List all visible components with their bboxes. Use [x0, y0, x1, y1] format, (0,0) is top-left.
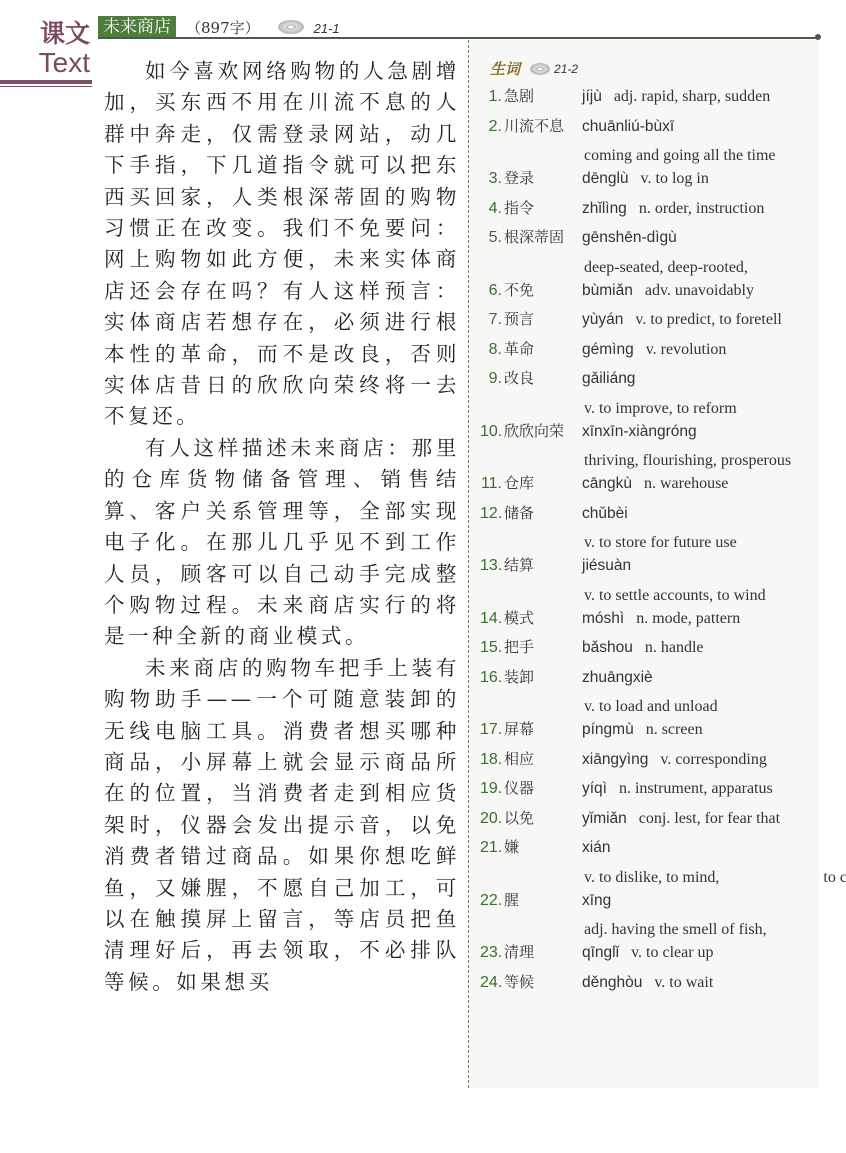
section-decoration [0, 80, 92, 87]
vocab-entry: 21.嫌xiánv. to dislike, to mind,to compla… [480, 836, 820, 889]
vocab-number: 19. [480, 780, 502, 798]
vocab-pinyin: gǎiliáng [582, 370, 635, 388]
vocab-hanzi: 屏幕 [502, 718, 582, 739]
vocab-definition: n. handle [645, 639, 704, 657]
vocab-header: 生词 21-2 [490, 58, 578, 79]
paragraph: 有人这样描述未来商店：那里的仓库货物储备管理、销售结算、客户关系管理等，全部实现… [104, 433, 460, 653]
vocab-hanzi: 指令 [502, 197, 582, 218]
vocab-definition: n. screen [646, 721, 703, 739]
vocab-number: 22. [480, 892, 502, 910]
vocab-hanzi: 仓库 [502, 472, 582, 493]
vocab-definition: n. mode, pattern [636, 610, 740, 628]
vocab-number: 24. [480, 974, 502, 992]
vocab-number: 12. [480, 505, 502, 523]
vocab-entry: 5.根深蒂固gēnshēn-dìgùdeep-seated, deep-root… [480, 226, 820, 279]
audio-disc-icon[interactable] [530, 63, 550, 75]
char-count: （897字） [186, 17, 260, 39]
vocab-entry: 20.以免yǐmiǎnconj. lest, for fear that [480, 807, 820, 837]
vocab-entry: 9.改良gǎiliángv. to improve, to reform [480, 367, 820, 420]
vocab-entry: 23.清理qīnglǐv. to clear up [480, 941, 820, 971]
vocab-entry: 24.等候děnghòuv. to wait [480, 971, 820, 1001]
vocab-pinyin: bùmiǎn [582, 282, 633, 300]
vocab-list: 1.急剧jíjùadj. rapid, sharp, sudden2.川流不息c… [480, 85, 820, 1000]
vocab-hanzi: 登录 [502, 167, 582, 188]
lesson-title: 未来商店 [98, 16, 176, 39]
vocab-pinyin: bǎshou [582, 639, 633, 657]
header-rule [98, 37, 818, 39]
vocab-entry: 7.预言yùyánv. to predict, to foretell [480, 308, 820, 338]
vocab-definition: to complain of [719, 869, 846, 886]
vocab-pinyin: qīnglǐ [582, 944, 619, 962]
vocab-definition: v. to dislike, to mind, [480, 869, 719, 886]
vocab-number: 1. [480, 88, 502, 106]
vocab-pinyin: zhuāngxiè [582, 669, 653, 687]
vocab-definition: n. order, instruction [639, 200, 765, 218]
vocab-pinyin: dēnglù [582, 170, 629, 188]
vocab-pinyin: zhǐlìng [582, 200, 627, 218]
vocab-definition: seafood, etc. [767, 921, 846, 938]
vocab-pinyin: yùyán [582, 311, 623, 329]
vocab-entry: 8.革命gémìngv. revolution [480, 338, 820, 368]
column-divider [468, 40, 469, 1088]
vocab-hanzi: 嫌 [502, 836, 582, 857]
vocab-definition: v. to predict, to foretell [635, 311, 781, 329]
vocab-entry: 14.模式móshìn. mode, pattern [480, 607, 820, 637]
vocab-pinyin: cāngkù [582, 475, 632, 493]
vocab-pinyin: jíjù [582, 88, 602, 106]
vocab-number: 21. [480, 839, 502, 857]
vocab-pinyin: xīnxīn-xiàngróng [582, 423, 697, 441]
vocab-pinyin: móshì [582, 610, 624, 628]
vocab-definition: adv. unavoidably [645, 282, 754, 300]
vocab-number: 18. [480, 751, 502, 769]
vocab-pinyin: xīng [582, 892, 611, 910]
vocab-hanzi: 改良 [502, 367, 582, 388]
vocab-hanzi: 根深蒂固 [502, 226, 582, 247]
vocab-definition: v. to improve, to reform [480, 400, 737, 417]
vocab-number: 2. [480, 118, 502, 136]
vocab-hanzi: 急剧 [502, 85, 582, 106]
vocab-pinyin: jiésuàn [582, 557, 631, 575]
audio-disc-icon[interactable] [278, 20, 304, 36]
vocab-number: 10. [480, 423, 502, 441]
section-label-en: Text [39, 47, 90, 79]
vocab-number: 6. [480, 282, 502, 300]
vocab-entry: 2.川流不息chuānliú-bùxīcoming and going all … [480, 115, 820, 168]
vocab-hanzi: 腥 [502, 889, 582, 910]
vocab-number: 14. [480, 610, 502, 628]
vocab-definition: v. to log in [641, 170, 709, 188]
vocab-definition: up an account [766, 587, 846, 604]
vocab-definition: v. to store for future use [480, 534, 737, 551]
paragraph: 如今喜欢网络购物的人急剧增加，买东西不用在川流不息的人群中奔走，仅需登录网站，动… [104, 56, 460, 433]
vocab-definition: ingrained [748, 259, 846, 276]
vocab-entry: 15.把手bǎshoun. handle [480, 636, 820, 666]
audio-track-label: 21-2 [554, 59, 578, 79]
vocab-pinyin: xiāngyìng [582, 751, 648, 769]
vocab-pinyin: yíqì [582, 780, 607, 798]
vocab-definition: n. warehouse [644, 475, 728, 493]
vocab-definition: v. corresponding [660, 751, 767, 769]
vocab-pinyin: xián [582, 839, 610, 857]
lesson-text: 如今喜欢网络购物的人急剧增加，买东西不用在川流不息的人群中奔走，仅需登录网站，动… [104, 56, 460, 998]
vocab-entry: 1.急剧jíjùadj. rapid, sharp, sudden [480, 85, 820, 115]
vocab-number: 13. [480, 557, 502, 575]
vocab-pinyin: děnghòu [582, 974, 642, 992]
vocab-entry: 17.屏幕píngmùn. screen [480, 718, 820, 748]
vocab-number: 5. [480, 229, 502, 247]
vocab-pinyin: píngmù [582, 721, 634, 739]
vocab-number: 15. [480, 639, 502, 657]
vocab-entry: 10.欣欣向荣xīnxīn-xiàngróngthriving, flouris… [480, 420, 820, 473]
vocab-pinyin: chǔbèi [582, 505, 628, 523]
vocab-entry: 3.登录dēnglùv. to log in [480, 167, 820, 197]
vocab-number: 20. [480, 810, 502, 828]
vocab-pinyin: gémìng [582, 341, 634, 359]
lesson-title-row: 未来商店 （897字） 21-1 [98, 16, 340, 39]
vocab-hanzi: 结算 [502, 554, 582, 575]
vocab-number: 23. [480, 944, 502, 962]
vocab-number: 4. [480, 200, 502, 218]
vocab-entry: 22.腥xīngadj. having the smell of fish,se… [480, 889, 820, 942]
vocab-pinyin: gēnshēn-dìgù [582, 229, 677, 247]
audio-track-label: 21-1 [314, 19, 340, 39]
vocab-definition: v. revolution [646, 341, 727, 359]
vocab-title: 生词 [490, 58, 520, 79]
vocab-entry: 6.不免bùmiǎnadv. unavoidably [480, 279, 820, 309]
vocab-definition: v. to settle accounts, to wind [480, 587, 766, 604]
vocab-number: 3. [480, 170, 502, 188]
vocab-number: 11. [480, 475, 502, 493]
vocab-entry: 12.储备chǔbèiv. to store for future use [480, 502, 820, 555]
vocab-hanzi: 等候 [502, 971, 582, 992]
vocab-entry: 11.仓库cāngkùn. warehouse [480, 472, 820, 502]
vocab-definition: v. to wait [654, 974, 713, 992]
vocab-hanzi: 不免 [502, 279, 582, 300]
vocab-entry: 13.结算jiésuànv. to settle accounts, to wi… [480, 554, 820, 607]
vocab-hanzi: 模式 [502, 607, 582, 628]
vocab-hanzi: 储备 [502, 502, 582, 523]
vocab-number: 9. [480, 370, 502, 388]
vocab-hanzi: 仪器 [502, 777, 582, 798]
vocab-hanzi: 革命 [502, 338, 582, 359]
vocab-hanzi: 欣欣向荣 [502, 420, 582, 441]
vocab-hanzi: 把手 [502, 636, 582, 657]
vocab-definition: adj. rapid, sharp, sudden [614, 88, 770, 106]
vocab-pinyin: chuānliú-bùxī [582, 118, 674, 136]
vocab-entry: 19.仪器yíqìn. instrument, apparatus [480, 777, 820, 807]
vocab-hanzi: 相应 [502, 748, 582, 769]
vocab-hanzi: 清理 [502, 941, 582, 962]
vocab-number: 16. [480, 669, 502, 687]
vocab-number: 8. [480, 341, 502, 359]
vocab-entry: 18.相应xiāngyìngv. corresponding [480, 748, 820, 778]
vocab-entry: 4.指令zhǐlìngn. order, instruction [480, 197, 820, 227]
vocab-definition: thriving, flourishing, prosperous [480, 452, 791, 469]
vocab-hanzi: 以免 [502, 807, 582, 828]
vocab-hanzi: 预言 [502, 308, 582, 329]
vocab-entry: 16.装卸zhuāngxièv. to load and unload [480, 666, 820, 719]
vocab-definition: v. to load and unload [480, 698, 718, 715]
vocab-definition: deep-seated, deep-rooted, [480, 259, 748, 276]
vocab-hanzi: 川流不息 [502, 115, 582, 136]
vocab-definition: n. instrument, apparatus [619, 780, 773, 798]
vocab-number: 17. [480, 721, 502, 739]
vocab-number: 7. [480, 311, 502, 329]
vocab-definition: coming and going all the time [480, 147, 776, 164]
vocab-hanzi: 装卸 [502, 666, 582, 687]
vocab-pinyin: yǐmiǎn [582, 810, 627, 828]
vocab-definition: conj. lest, for fear that [639, 810, 780, 828]
paragraph: 未来商店的购物车把手上装有购物助手——一个可随意装卸的无线电脑工具。消费者想买哪… [104, 653, 460, 998]
vocab-definition: v. to clear up [631, 944, 713, 962]
vocab-definition: adj. having the smell of fish, [480, 921, 767, 938]
section-label-cn: 课文 [40, 14, 90, 50]
